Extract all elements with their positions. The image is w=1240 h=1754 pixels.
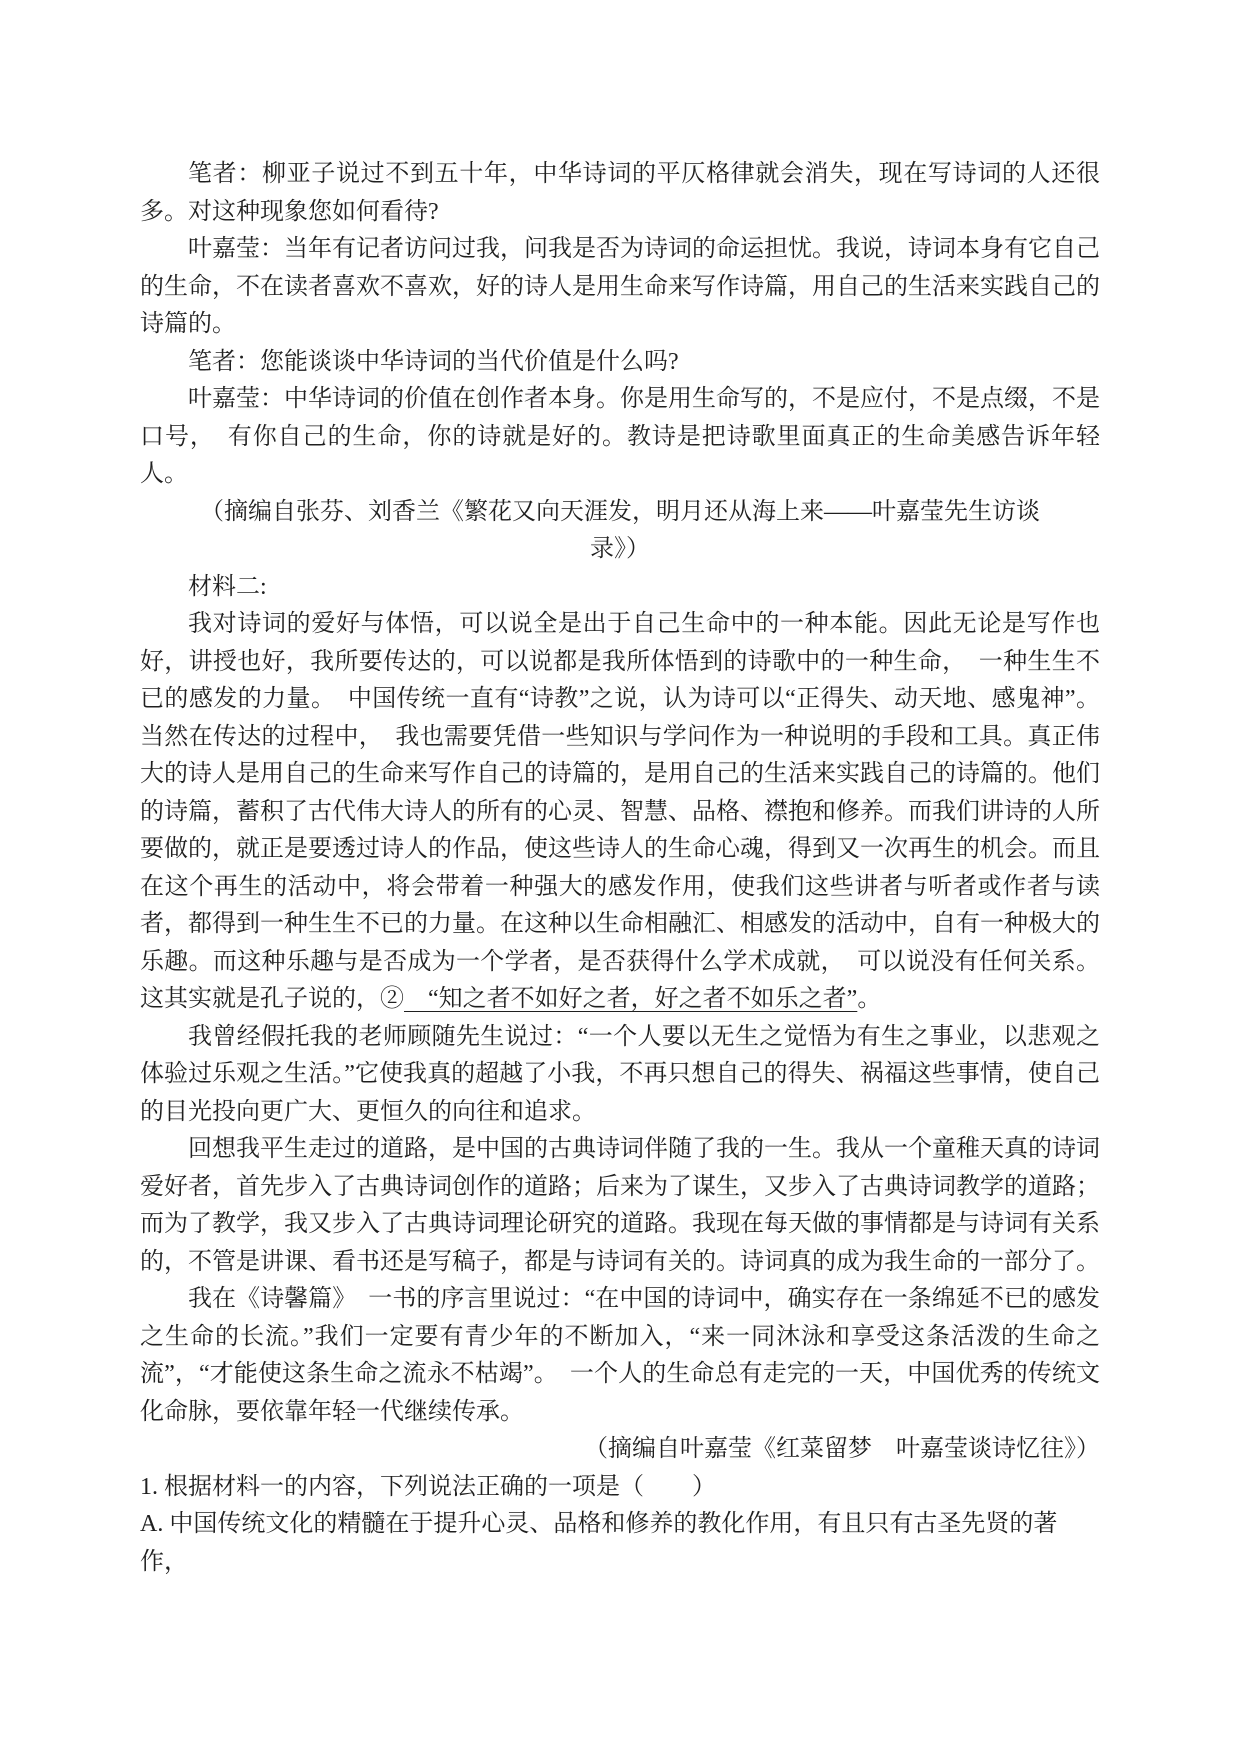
document-body: 笔者：柳亚子说过不到五十年，中华诗词的平仄格律就会消失，现在写诗词的人还很多。对… (140, 156, 1100, 1581)
question-1: 1. 根据材料一的内容，下列说法正确的一项是（ ） (140, 1469, 1100, 1507)
material2-source-line: （摘编自叶嘉莹《红菜留梦 叶嘉莹谈诗忆往》） (140, 1431, 1100, 1469)
underlined-confucius-quote: “知之者不如好之者，好之者不如乐之者” (404, 986, 857, 1012)
material2-paragraph-4: 我在《诗馨篇》 一书的序言里说过：“在中国的诗词中，确实存在一条绵延不已的感发之… (140, 1281, 1100, 1431)
dialog-yejiaying-answer-2: 叶嘉莹：中华诗词的价值在创作者本身。你是用生命写的，不是应付，不是点缀，不是口号… (140, 381, 1100, 494)
material2-label: 材料二: (140, 569, 1100, 607)
material2-paragraph-1-pre: 我对诗词的爱好与体悟，可以说全是出于自己生命中的一种本能。因此无论是写作也好，讲… (140, 611, 1100, 1012)
material2-paragraph-1-post: 。 (857, 986, 881, 1012)
material1-source-line-2: 录》） (140, 531, 1100, 569)
material1-source-line-1: （摘编自张芬、刘香兰《繁花又向天涯发，明月还从海上来——叶嘉莹先生访谈 (140, 494, 1100, 532)
material2-paragraph-1: 我对诗词的爱好与体悟，可以说全是出于自己生命中的一种本能。因此无论是写作也好，讲… (140, 606, 1100, 1019)
question-1-option-a: A. 中国传统文化的精髓在于提升心灵、品格和修养的教化作用，有且只有古圣先贤的著… (140, 1506, 1100, 1581)
document-page: 笔者：柳亚子说过不到五十年，中华诗词的平仄格律就会消失，现在写诗词的人还很多。对… (0, 0, 1240, 1754)
material2-paragraph-3: 回想我平生走过的道路，是中国的古典诗词伴随了我的一生。我从一个童稚天真的诗词爱好… (140, 1131, 1100, 1281)
dialog-yejiaying-answer-1: 叶嘉莹：当年有记者访问过我，问我是否为诗词的命运担忧。我说，诗词本身有它自己的生… (140, 231, 1100, 344)
dialog-interviewer-question-2: 笔者：您能谈谈中华诗词的当代价值是什么吗? (140, 344, 1100, 382)
dialog-interviewer-question-1: 笔者：柳亚子说过不到五十年，中华诗词的平仄格律就会消失，现在写诗词的人还很多。对… (140, 156, 1100, 231)
material2-paragraph-2: 我曾经假托我的老师顾随先生说过：“一个人要以无生之觉悟为有生之事业，以悲观之体验… (140, 1019, 1100, 1132)
